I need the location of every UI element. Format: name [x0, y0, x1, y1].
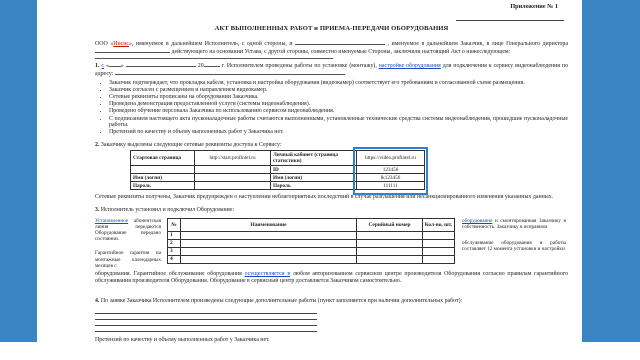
row-number: 4 [168, 255, 181, 263]
cell-password-label-left: Пароль [131, 182, 195, 190]
point-3-heading: 3. Исполнитель установил и подключил Обо… [95, 207, 568, 214]
cell-start-page-url: http://start.profintel.ru [195, 151, 271, 166]
point-3-text: Исполнитель установил и подключил Оборуд… [99, 207, 234, 213]
blank-field-year [204, 62, 220, 67]
desktop-background-right [582, 0, 640, 342]
wrap-text-right-column: оборудование и смонтированная Заказчику … [462, 218, 566, 253]
point-1-number: 1. [95, 63, 99, 69]
point-2-heading: 2. Заказчику выделены следующие сетевые … [95, 142, 568, 149]
intro-text-2: », именуемое в дальнейшем Исполнитель, с… [129, 41, 295, 47]
annex-blank-line [456, 20, 564, 21]
point-2-text: Заказчику выделены следующие сетевые рек… [99, 142, 281, 148]
col-header-serial: Серийный номер [357, 218, 423, 231]
col-header-name: Наименование [181, 218, 357, 231]
bullet-item: Проведено обучение персонала Заказчика п… [109, 108, 568, 115]
point-1-text-4: г. Исполнителем проведены работы по уста… [220, 63, 379, 69]
credentials-table-wrap: Стартовая страница http://start.profinte… [130, 150, 424, 190]
cell-empty [357, 231, 423, 239]
installed-link[interactable]: Установленное [95, 218, 128, 224]
cell-password-value: 111111 [357, 182, 425, 190]
cell-empty [131, 166, 195, 174]
intro-paragraph: ООО «Инсис», именуемое в дальнейшем Испо… [95, 40, 568, 55]
point-1-text-3: 20 [196, 63, 204, 69]
cell-empty [195, 174, 271, 182]
video-frame: Приложение № 1 АКТ ВЫПОЛНЕННЫХ РАБОТ и П… [0, 0, 640, 360]
cell-empty [181, 231, 357, 239]
cell-empty [423, 255, 455, 263]
cell-empty [181, 255, 357, 263]
warranty-paragraph: оборудования. Гарантийное обслуживание о… [95, 271, 568, 284]
intro-text-3: , именуемое в дальнейшем Заказчик, в лиц… [385, 41, 568, 47]
col-header-number: № [168, 218, 181, 231]
cell-id-value: 123456 [357, 166, 425, 174]
cell-empty [423, 239, 455, 247]
intro-text-1: ООО « [95, 41, 113, 47]
col-header-qty: Кол-во, шт. [423, 218, 455, 231]
cell-empty [195, 166, 271, 174]
equipment-link[interactable]: оборудование [462, 218, 492, 224]
equipment-table-row: 2 [168, 239, 455, 247]
blank-field-month [126, 62, 196, 67]
company-name[interactable]: Инсис [113, 41, 129, 47]
cell-password-label: Пароль [271, 182, 357, 190]
blank-field-day [109, 62, 121, 67]
additional-works-blank-lines [95, 308, 568, 332]
document-page: Приложение № 1 АКТ ВЫПОЛНЕННЫХ РАБОТ и П… [37, 0, 582, 360]
desktop-background-left [0, 0, 37, 342]
cell-empty [357, 255, 423, 263]
document-title: АКТ ВЫПОЛНЕННЫХ РАБОТ и ПРИЕМА-ПЕРЕДАЧИ … [95, 26, 568, 33]
credentials-note: Сетевые реквизиты получены, Заказчик пре… [95, 194, 568, 201]
bullet-item: Претензий по качеству и объему выполненн… [109, 129, 568, 136]
equipment-section: Установленное абонентская линия передают… [95, 218, 568, 269]
cell-empty [357, 247, 423, 255]
point-1-paragraph: 1. с «» 20 г. Исполнителем проведены раб… [95, 62, 568, 77]
wrap-text-left-column: Установленное абонентская линия передают… [95, 218, 161, 269]
point-4-heading: 4. По заявке Заказчика Исполнителем прои… [95, 298, 568, 305]
cell-empty [423, 231, 455, 239]
right-fragment-2: обслуживание оборудования и работы соста… [462, 240, 566, 252]
cell-login-value: lk123456 [357, 174, 425, 182]
blank-write-line [95, 326, 317, 332]
warranty-service-link[interactable]: осуществляется в [245, 271, 291, 277]
cell-empty [181, 247, 357, 255]
intro-text-4: действующего на основании Устава, с друг… [170, 49, 510, 55]
point-4-text: По заявке Заказчика Исполнителем произве… [99, 298, 462, 304]
bullet-item: Сетевые реквизиты прописаны на оборудова… [109, 94, 568, 101]
cell-cabinet-url: https://video.profintel.ru [357, 151, 425, 166]
bullet-item: С подписанием настоящего акта пусконалад… [109, 116, 568, 129]
blank-field-customer [295, 40, 385, 45]
cell-login-label: Имя (логин) [271, 174, 357, 182]
right-fragment-1: оборудование и смонтированная Заказчику … [462, 218, 566, 230]
left-fragment-1: Установленное абонентская линия передают… [95, 218, 161, 243]
cell-cabinet-label: Личный кабинет (страница статистики) [271, 151, 357, 166]
left-fragment-2: Гарантийное гарантия на монтажные календ… [95, 250, 161, 269]
equipment-table-row: 3 [168, 247, 455, 255]
blank-field-line [95, 55, 333, 59]
cell-empty [195, 182, 271, 190]
cell-empty [181, 239, 357, 247]
row-number: 1 [168, 231, 181, 239]
bullet-item: Заказчик подтверждает, что прокладка каб… [109, 80, 568, 87]
equipment-setup-link[interactable]: настройке оборудования [379, 63, 441, 69]
credentials-table: Стартовая страница http://start.profinte… [130, 150, 425, 190]
cell-empty [357, 239, 423, 247]
warranty-text-1: оборудования. Гарантийное обслуживание о… [95, 271, 245, 277]
blank-field-address [115, 70, 345, 75]
cell-start-page-label: Стартовая страница [131, 151, 195, 166]
equipment-table-row: 4 [168, 255, 455, 263]
equipment-table-header-row: № Наименование Серийный номер Кол-во, шт… [168, 218, 455, 231]
closing-statement: Претензий по качеству и объему выполненн… [95, 337, 568, 344]
bullet-item: Проведена демонстрация предоставленной у… [109, 101, 568, 108]
cell-id-label: ID [271, 166, 357, 174]
row-number: 2 [168, 239, 181, 247]
document-content: Приложение № 1 АКТ ВЫПОЛНЕННЫХ РАБОТ и П… [95, 4, 568, 343]
equipment-table-row: 1 [168, 231, 455, 239]
cell-empty [423, 247, 455, 255]
confirmation-bullet-list: Заказчик подтверждает, что прокладка каб… [95, 80, 568, 136]
bullet-item: Заказчик согласен с размещением и направ… [109, 87, 568, 94]
equipment-table: № Наименование Серийный номер Кол-во, шт… [167, 218, 455, 264]
cell-login-label-left: Имя (логин) [131, 174, 195, 182]
blank-field-director [95, 48, 170, 53]
annex-label: Приложение № 1 [95, 4, 568, 11]
row-number: 3 [168, 247, 181, 255]
